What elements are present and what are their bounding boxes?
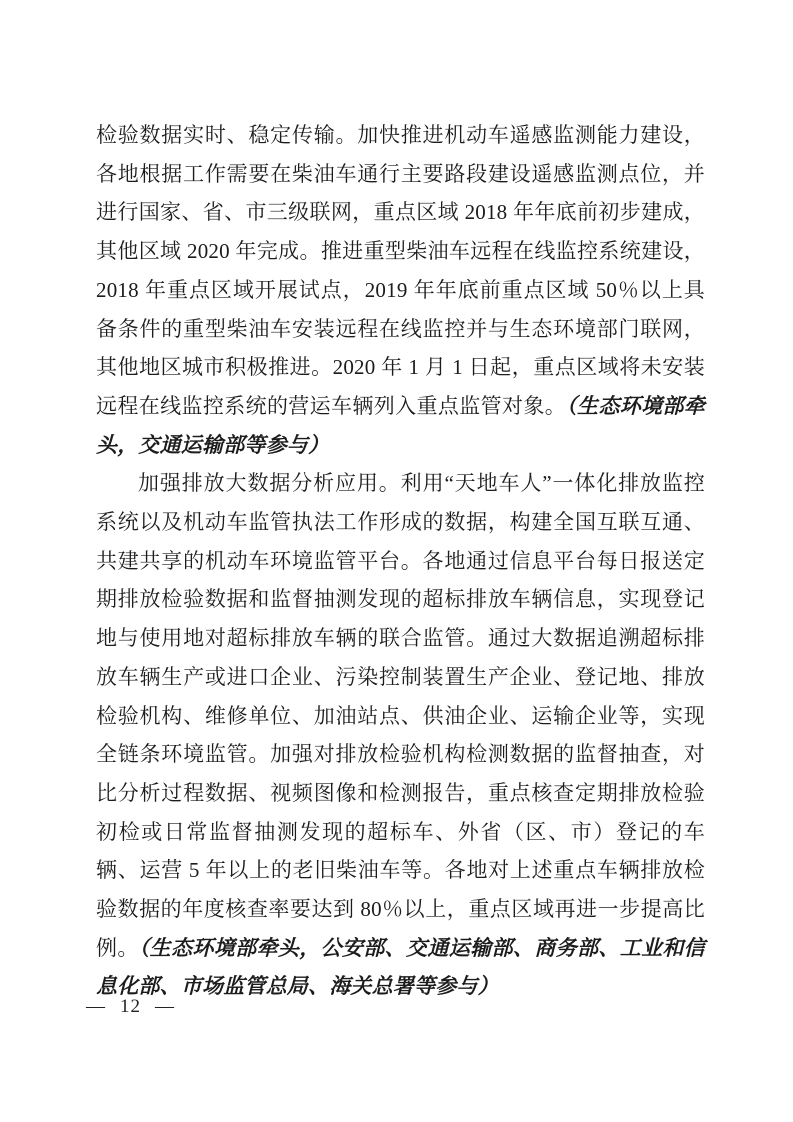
paragraph-1-body-text: 检验数据实时、稳定传输。加快推进机动车遥感监测能力建设，各地根据工作需要在柴油车… (96, 123, 705, 418)
page-number-left-dash: — (86, 996, 106, 1017)
paragraph-big-data-analysis: 加强排放大数据分析应用。利用“天地车人”一体化排放监控系统以及机动车监管执法工作… (96, 464, 705, 1006)
page-number: —12— (86, 994, 175, 1020)
paragraph-2-responsible-departments: （生态环境部牵头，公安部、交通运输部、商务部、工业和信息化部、市场监管总局、海关… (96, 936, 705, 999)
paragraph-continuation: 检验数据实时、稳定传输。加快推进机动车遥感监测能力建设，各地根据工作需要在柴油车… (96, 116, 705, 464)
paragraph-2-body-text: 加强排放大数据分析应用。利用“天地车人”一体化排放监控系统以及机动车监管执法工作… (96, 471, 705, 959)
document-page: 检验数据实时、稳定传输。加快推进机动车遥感监测能力建设，各地根据工作需要在柴油车… (0, 0, 793, 1122)
page-number-right-dash: — (155, 996, 175, 1017)
page-number-value: 12 (120, 994, 141, 1020)
document-body: 检验数据实时、稳定传输。加快推进机动车遥感监测能力建设，各地根据工作需要在柴油车… (96, 116, 705, 1006)
